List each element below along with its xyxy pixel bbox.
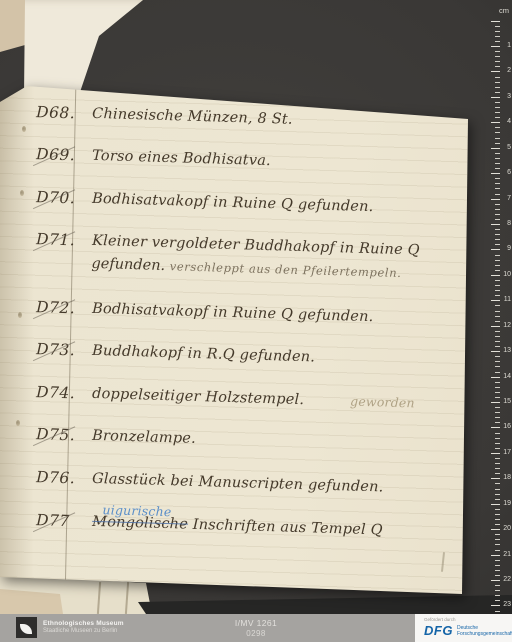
ruler-tick [495,433,500,434]
museum-subtitle: Staatliche Museen zu Berlin [43,628,124,636]
blue-correction: uigurische [102,502,171,519]
ruler-tick [495,138,500,139]
catalog-entry-row: D76.Glasstück bei Manuscripten gefunden. [0,467,470,511]
ruler-tick [495,305,500,306]
ruler-tick [495,188,500,189]
entry-text: Bodhisatvakopf in Ruine Q gefunden. [92,191,374,215]
ruler-tick [495,265,500,266]
ruler-tick [495,366,500,367]
ruler-tick [495,183,500,184]
ruler-tick [495,158,500,159]
ruler-tick [495,407,500,408]
ruler-tick [491,300,500,301]
ruler-number: 15 [500,398,511,405]
ruler-tick [491,122,500,123]
ruler-tick [495,56,500,57]
ruler-tick [495,570,500,571]
ruler-tick [491,377,500,378]
ruler-tick [495,209,500,210]
ruler-tick [491,21,500,22]
footer-bar: I/MV 1261 0298 Ethnologisches Museum Sta… [0,614,512,642]
ruler-tick [495,214,500,215]
ruler-tick [495,544,500,545]
entry-text: Kleiner vergoldeter Buddhakopf in Ruine … [92,233,420,259]
ruler-tick [491,580,500,581]
ruler-number: 8 [500,220,511,227]
entry-text-segment: Bodhisatvakopf in Ruine Q gefunden. [92,300,374,324]
ruler-tick [495,458,500,459]
catalog-entry-row: D73.Buddhakopf in R.Q gefunden. [0,339,470,383]
ruler-tick [491,504,500,505]
ruler-tick [491,71,500,72]
ruler-tick [491,453,500,454]
catalog-entry-row: D69.Torso eines Bodhisatva. [0,144,470,188]
ruler-tick [495,336,500,337]
ruler-tick [495,112,500,113]
ruler-number: 7 [500,195,511,202]
entry-number: D76. [36,468,85,487]
entry-text: Chinesische Münzen, 8 St. [92,105,293,127]
entry-number: D73. [36,340,85,359]
museum-logo [16,617,37,638]
funding-organization: Deutsche Forschungsgemeinschaft [457,625,507,637]
entry-text-segment: Bronzestempel mit Griff. [92,63,279,85]
ruler-tick [495,560,500,561]
ruler-tick [495,77,500,78]
ruler-number: 14 [500,373,511,380]
catalog-entry-row: D77Mongolische Inschriften aus Tempel Qu… [0,510,470,554]
funding-label: Gefördert durch [424,617,512,622]
entry-text: Buddhakopf in R.Q gefunden. [92,343,315,366]
ruler-tick [495,87,500,88]
entry-text: Glasstück bei Manuscripten gefunden. [92,471,384,496]
ruler-tick [491,97,500,98]
ruler-tick [495,387,500,388]
ruler-tick [495,132,500,133]
ruler-tick [491,173,500,174]
ruler-number: 16 [500,423,511,430]
entry-number: D69. [36,145,85,164]
entry-number: D74. [36,383,85,402]
ruler-tick [495,285,500,286]
ruler-tick [495,611,500,612]
ruler-number: 3 [500,93,511,100]
ruler-tick [495,234,500,235]
entry-text-segment: Bodhisatvakopf in Ruine Q gefunden. [92,191,374,215]
ruler-tick [495,255,500,256]
ruler-tick [495,36,500,37]
ruler-number: 1 [500,42,511,49]
ruler-tick [495,61,500,62]
ruler-number: 20 [500,525,511,532]
ruler-tick [491,326,500,327]
ruler-tick [491,402,500,403]
ruler-tick [495,153,500,154]
ruler-tick [495,438,500,439]
ruler-tick [491,46,500,47]
entry-text: Mongolische Inschriften aus Tempel Quigu… [92,513,383,538]
ruler-tick [495,417,500,418]
ruler-number: 4 [500,118,511,125]
entry-text-segment: Kleiner vergoldeter Buddhakopf in Ruine … [92,233,420,259]
catalog-entry-row: D75.Bronzelampe. [0,424,470,468]
ruler-tick [495,311,500,312]
catalog-entry-row: D70.Bodhisatvakopf in Ruine Q gefunden. [0,187,470,231]
ruler-tick [491,478,500,479]
entry-text-segment: Bronzelampe. [92,428,196,447]
ruler-tick [495,565,500,566]
entry-text-segment: Glasstück bei Manuscripten gefunden. [92,471,384,496]
ruler-tick [495,51,500,52]
ruler-tick [495,412,500,413]
ruler-tick [491,148,500,149]
ruler-number: 21 [500,551,511,558]
entry-number: D71. [36,231,85,250]
entry-text-segment: Torso eines Bodhisatva. [92,148,271,169]
ruler-tick [495,280,500,281]
entry-text-segment: doppelseitiger Holzstempel. [92,386,304,408]
ruler-number: 2 [500,67,511,74]
ruler-tick [491,605,500,606]
ruler-tick [495,468,500,469]
ruler-tick [491,275,500,276]
ruler-tick [495,494,500,495]
ruler-tick [495,489,500,490]
museum-name: Ethnologisches Museum [43,620,124,628]
entry-text-segment: Inschriften aus Tempel Q [188,516,383,538]
ruler-tick [495,239,500,240]
entry-text-segment: gefunden. [91,256,170,274]
ruler-tick [495,331,500,332]
ruler-tick [495,443,500,444]
entry-text: Bronzelampe. [92,428,196,447]
ruler-tick [495,229,500,230]
entry-number: D67. [36,60,85,79]
ruler-tick [495,127,500,128]
ruler-tick [495,392,500,393]
entry-number: D75. [36,425,85,444]
ruler-tick [495,102,500,103]
catalog-entry-row: D67.Bronzestempel mit Griff. [0,59,470,103]
entry-text: doppelseitiger Holzstempel.geworden [92,386,415,412]
ruler-unit-label: cm [499,6,509,15]
ruler-tick [491,249,500,250]
museum-logo-icon [20,624,32,634]
entry-text: Torso eines Bodhisatva. [92,148,271,169]
ruler-number: 6 [500,169,511,176]
page-surface: D67.Bronzestempel mit Griff.D68.Chinesis… [0,0,512,642]
entry-text-segment: geworden [350,393,415,410]
funding-panel: Gefördert durch DFG Deutsche Forschungsg… [415,614,512,642]
catalog-entry-row: D74.doppelseitiger Holzstempel.geworden [0,382,470,426]
entry-number: D70. [36,188,85,207]
ruler-tick [491,529,500,530]
ruler-tick [495,31,500,32]
entry-text-segment: Buddhakopf in R.Q gefunden. [92,343,315,366]
ruler-tick [495,204,500,205]
entry-text-segment: Chinesische Münzen, 8 St. [92,105,293,127]
ruler-number: 13 [500,347,511,354]
entry-number: D72. [36,298,85,317]
ruler-tick [495,341,500,342]
ruler-tick [491,427,500,428]
entry-text: Bronzestempel mit Griff. [92,63,279,85]
ruler-tick [495,290,500,291]
ruler-tick [495,82,500,83]
ruler-tick [495,107,500,108]
dfg-logo: DFG [424,623,453,638]
ruler-tick [495,316,500,317]
museum-block: Ethnologisches Museum Staatliche Museen … [16,617,124,638]
entry-text-segment: verschleppt aus den Pfeilertempeln. [170,260,402,281]
ruler-tick [495,539,500,540]
pencil-mark [441,552,445,572]
ruler-number: 9 [500,245,511,252]
entry-number: D68. [36,103,85,122]
scan-viewport: D67.Bronzestempel mit Griff.D68.Chinesis… [0,0,512,642]
ruler-tick [495,178,500,179]
entry-text-line2: gefunden. verschleppt aus den Pfeilertem… [91,256,401,281]
entry-number: D77 [36,511,85,530]
ruler-tick [495,26,500,27]
ruler-tick [491,199,500,200]
ruler-tick [495,590,500,591]
ruler-number: 12 [500,322,511,329]
ruler-tick [495,509,500,510]
notebook-page-wrap: D67.Bronzestempel mit Griff.D68.Chinesis… [0,0,512,642]
ruler-tick [495,361,500,362]
ruler-tick [495,163,500,164]
ruler-tick [495,483,500,484]
measuring-ruler: cm 1234567891011121314151617181920212223 [484,0,512,614]
ruler-tick [495,356,500,357]
ruler-tick [495,463,500,464]
ruler-number: 23 [500,601,511,608]
ruler-number: 10 [500,271,511,278]
ruler-number: 17 [500,449,511,456]
catalog-entry-row: D68.Chinesische Münzen, 8 St. [0,102,470,146]
ruler-number: 5 [500,144,511,151]
ruler-tick [495,519,500,520]
ruler-tick [491,351,500,352]
ruler-number: 22 [500,576,511,583]
ruler-tick [495,595,500,596]
ruler-tick [495,534,500,535]
ruler-tick [495,514,500,515]
ruler-tick [491,555,500,556]
ruler-tick [495,585,500,586]
ruler-tick [495,260,500,261]
entry-text: Bodhisatvakopf in Ruine Q gefunden. [92,300,374,324]
ruler-number: 19 [500,500,511,507]
ruler-number: 18 [500,474,511,481]
ruler-number: 11 [500,296,511,303]
notebook-page: D67.Bronzestempel mit Griff.D68.Chinesis… [0,0,512,642]
ruler-tick [495,382,500,383]
ruler-tick [491,224,500,225]
museum-text: Ethnologisches Museum Staatliche Museen … [43,617,124,638]
